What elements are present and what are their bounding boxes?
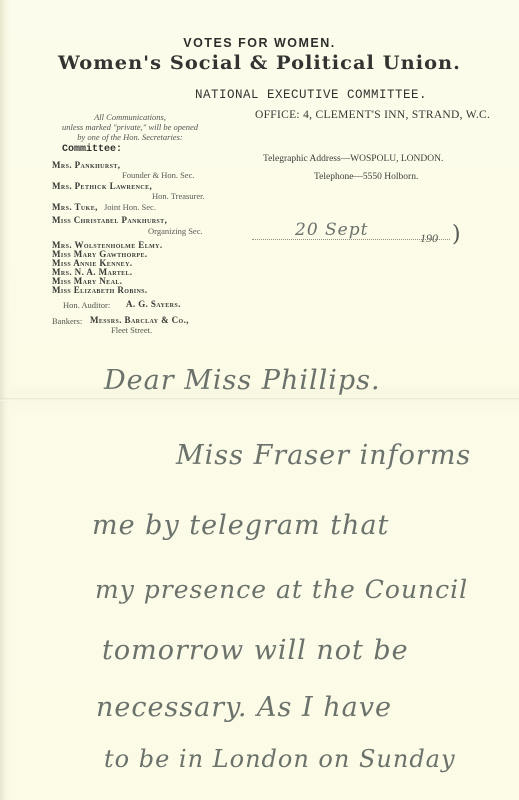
communications-note-3: by one of the Hon. Secretaries:	[40, 132, 220, 142]
handwritten-line: Dear Miss Phillips.	[104, 365, 381, 396]
committee-member: Mrs. Pankhurst,	[52, 160, 120, 170]
handwritten-line: to be in London on Sunday	[104, 745, 456, 773]
bankers-name: Messrs. Barclay & Co.,	[90, 315, 189, 325]
telephone-number: Telephone—5550 Holborn.	[314, 172, 418, 182]
fold-crease	[0, 398, 519, 401]
auditor-label: Hon. Auditor:	[63, 300, 110, 310]
handwritten-line: me by telegram that	[92, 510, 389, 541]
committee-role: Hon. Treasurer.	[152, 191, 205, 201]
slogan: VOTES FOR WOMEN.	[0, 36, 519, 50]
bankers-address: Fleet Street.	[111, 325, 152, 335]
handwritten-date: 20 Sept	[295, 220, 368, 240]
committee-subtitle: NATIONAL EXECUTIVE COMMITTEE.	[195, 88, 427, 102]
communications-note-1: All Communications,	[40, 112, 220, 122]
committee-role: Organizing Sec.	[148, 226, 203, 236]
communications-note-2: unless marked "private," will be opened	[40, 122, 220, 132]
committee-member: Mrs. Pethick Lawrence,	[52, 181, 152, 191]
bankers-label: Bankers:	[52, 316, 82, 326]
handwritten-line: necessary. As I have	[96, 692, 392, 723]
year-prefix: 190	[420, 231, 438, 246]
handwritten-line: tomorrow will not be	[102, 635, 409, 666]
handwritten-year-digit: )	[452, 222, 462, 247]
committee-heading: Committee:	[62, 144, 122, 155]
auditor-name: A. G. Sayers.	[126, 299, 181, 309]
committee-role: Joint Hon. Sec.	[104, 202, 156, 212]
committee-member: Miss Christabel Pankhurst,	[52, 215, 167, 225]
committee-member: Miss Elizabeth Robins.	[52, 285, 148, 295]
handwritten-line: my presence at the Council	[95, 575, 468, 604]
handwritten-line: Miss Fraser informs	[176, 440, 471, 471]
organization-title: Women's Social & Political Union.	[0, 52, 519, 74]
committee-role: Founder & Hon. Sec.	[122, 170, 194, 180]
letter-page: VOTES FOR WOMEN. Women's Social & Politi…	[0, 0, 519, 800]
committee-member: Mrs. Tuke,	[52, 202, 98, 212]
telegraphic-address: Telegraphic Address—WOSPOLU, LONDON.	[263, 154, 443, 164]
office-address: OFFICE: 4, CLEMENT'S INN, STRAND, W.C.	[255, 109, 490, 121]
